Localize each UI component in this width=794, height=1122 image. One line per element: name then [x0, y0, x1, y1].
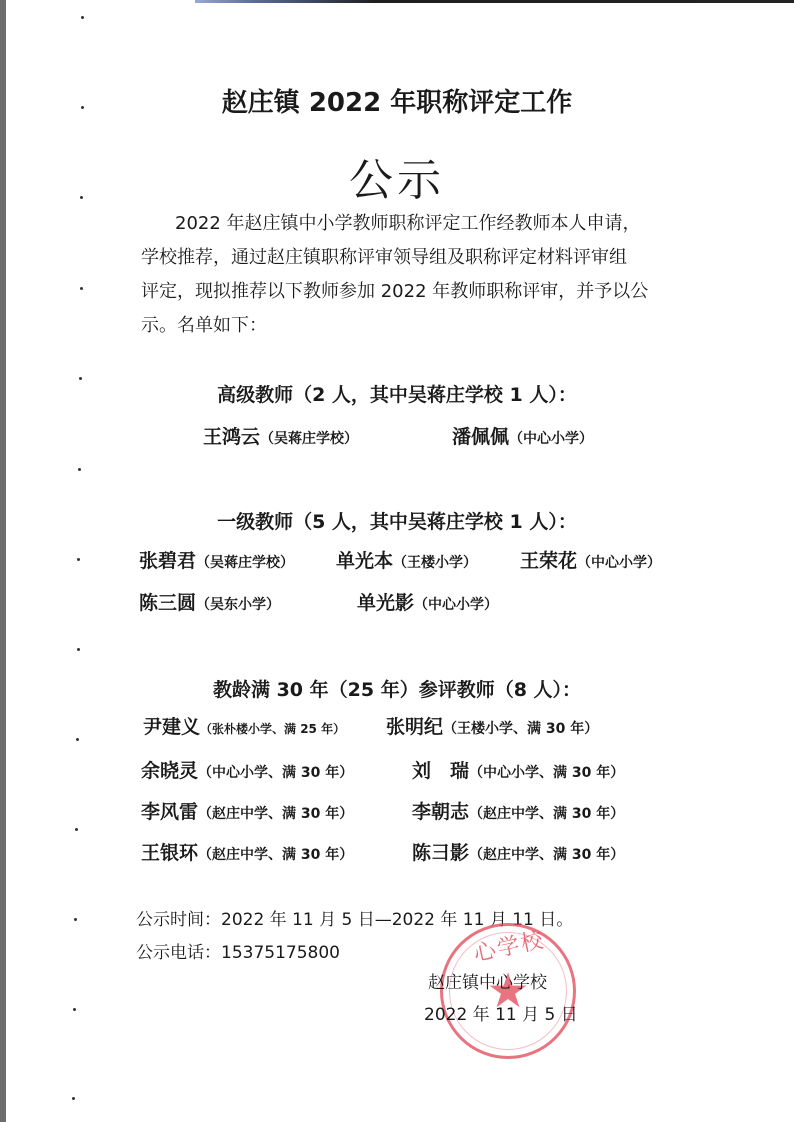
teacher-school: （吴东小学） — [196, 597, 280, 613]
document-title: 赵庄镇 2022 年职称评定工作 — [0, 82, 794, 119]
list-item: 单光影（中心小学） — [357, 588, 498, 615]
signing-organization: 赵庄镇中心学校 — [428, 968, 547, 993]
intro-line: 2022 年赵庄镇中小学教师职称评定工作经教师本人申请， — [141, 207, 648, 241]
teacher-school: （中心小学） — [509, 431, 593, 447]
teacher-name: 单光本 — [336, 550, 393, 572]
binding-dot — [76, 738, 79, 741]
teacher-school: （赵庄中学、满 30 年） — [469, 847, 624, 863]
list-item: 陈三圆（吴东小学） — [139, 588, 280, 615]
teacher-name: 张碧君 — [139, 550, 196, 572]
teacher-school: （中心小学） — [414, 597, 498, 613]
binding-dot — [74, 918, 77, 921]
teacher-name: 尹建义 — [143, 716, 200, 738]
list-item: 潘佩佩（中心小学） — [452, 422, 593, 449]
teacher-school: （赵庄中学、满 30 年） — [469, 806, 624, 822]
teacher-name: 李朝志 — [412, 801, 469, 823]
teacher-name: 余晓灵 — [141, 760, 198, 782]
binding-dot — [73, 1008, 76, 1011]
intro-line: 评定，现拟推荐以下教师参加 2022 年教师职称评审，并予以公 — [141, 275, 648, 309]
list-item: 余晓灵（中心小学、满 30 年） — [141, 756, 353, 783]
signing-date: 2022 年 11 月 5 日 — [424, 1000, 578, 1025]
teacher-school: （张朴楼小学、满 25 年） — [200, 722, 345, 736]
section-heading-senior: 高级教师（2 人，其中吴蒋庄学校 1 人）： — [0, 380, 794, 407]
teacher-name: 刘 瑞 — [412, 760, 469, 782]
binding-dot — [77, 648, 80, 651]
list-item: 王鸿云（吴蒋庄学校） — [203, 422, 358, 449]
binding-dot — [80, 287, 83, 290]
section-heading-seniority: 教龄满 30 年（25 年）参评教师（8 人）： — [0, 675, 794, 702]
list-item: 陈彐影（赵庄中学、满 30 年） — [412, 838, 624, 865]
list-item: 李朝志（赵庄中学、满 30 年） — [412, 797, 624, 824]
binding-dot — [81, 16, 84, 19]
teacher-name: 单光影 — [357, 592, 414, 614]
list-item: 刘 瑞（中心小学、满 30 年） — [412, 756, 624, 783]
document-subtitle: 公示 — [0, 144, 794, 208]
teacher-name: 王银环 — [141, 842, 198, 864]
teacher-school: （吴蒋庄学校） — [196, 555, 294, 571]
teacher-name: 张明纪 — [386, 716, 443, 738]
list-item: 张碧君（吴蒋庄学校） — [139, 546, 294, 573]
teacher-school: （赵庄中学、满 30 年） — [198, 847, 353, 863]
scan-top-edge — [195, 0, 794, 3]
teacher-name: 陈彐影 — [412, 842, 469, 864]
list-item: 张明纪（王楼小学、满 30 年） — [386, 712, 598, 739]
teacher-name: 潘佩佩 — [452, 426, 509, 448]
intro-paragraph: 2022 年赵庄镇中小学教师职称评定工作经教师本人申请， 学校推荐，通过赵庄镇职… — [141, 207, 648, 343]
phone-value: 15375175800 — [221, 943, 340, 963]
binding-dot — [72, 1097, 75, 1100]
teacher-name: 王荣花 — [520, 550, 577, 572]
intro-line: 学校推荐，通过赵庄镇职称评审领导组及职称评定材料评审组 — [141, 241, 648, 275]
teacher-school: （吴蒋庄学校） — [260, 431, 358, 447]
list-item: 单光本（王楼小学） — [336, 546, 477, 573]
list-item: 王银环（赵庄中学、满 30 年） — [141, 838, 353, 865]
teacher-school: （王楼小学） — [393, 555, 477, 571]
phone-label: 公示电话： — [136, 943, 221, 963]
list-item: 尹建义（张朴楼小学、满 25 年） — [143, 712, 345, 739]
teacher-school: （中心小学、满 30 年） — [198, 765, 353, 781]
intro-line: 示。名单如下： — [141, 309, 648, 343]
teacher-school: （王楼小学、满 30 年） — [443, 721, 598, 737]
teacher-name: 陈三圆 — [139, 592, 196, 614]
binding-dot — [77, 558, 80, 561]
teacher-school: （赵庄中学、满 30 年） — [198, 806, 353, 822]
teacher-school: （中心小学） — [577, 555, 661, 571]
teacher-name: 王鸿云 — [203, 426, 260, 448]
list-item: 李风雷（赵庄中学、满 30 年） — [141, 797, 353, 824]
period-label: 公示时间： — [136, 910, 221, 930]
teacher-school: （中心小学、满 30 年） — [469, 765, 624, 781]
binding-dot — [78, 468, 81, 471]
binding-dot — [75, 828, 78, 831]
list-item: 王荣花（中心小学） — [520, 546, 661, 573]
teacher-name: 李风雷 — [141, 801, 198, 823]
section-heading-first-level: 一级教师（5 人，其中吴蒋庄学校 1 人）： — [0, 507, 794, 534]
publicity-phone: 公示电话：15375175800 — [136, 938, 340, 963]
